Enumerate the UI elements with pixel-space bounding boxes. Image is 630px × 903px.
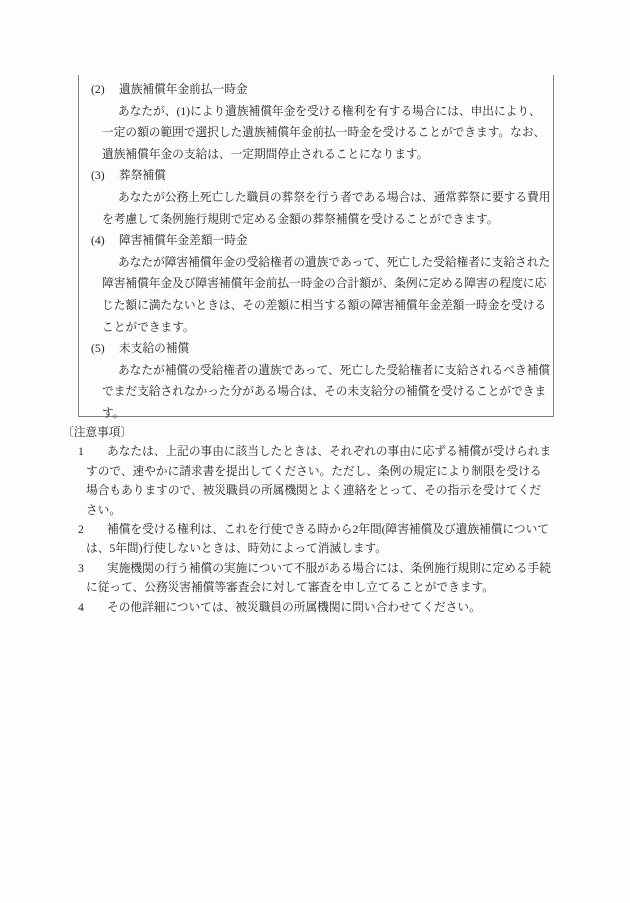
item-text-line: 遺族補償年金の支給は、一定期間停止されることになります。: [79, 144, 553, 166]
item-text-line: あなたが補償の受給権者の遺族であって、死亡した受給権者に支給されるべき補償: [79, 360, 553, 382]
note-item-3: 3実施機関の行う補償の実施について不服がある場合には、条例施行規則に定める手続 …: [0, 559, 630, 598]
note-text: あなたは、上記の事由に該当したときは、それぞれの事由に応ずる補償が受けられま: [107, 445, 551, 458]
note-text: 実施機関の行う補償の実施について不服がある場合には、条例施行規則に定める手続: [107, 562, 551, 575]
item-text-line: あなたが障害補償年金の受給権者の遺族であって、死亡した受給権者に支給された: [79, 252, 553, 274]
item-number: (2): [91, 79, 119, 101]
item-title: 葬祭補償: [119, 169, 166, 182]
item-text-line: あなたが、(1)により遺族補償年金を受ける権利を有する場合には、申出により、: [79, 101, 553, 123]
item-text-line: を考慮して条例施行規則で定める金額の葬祭補償を受けることができます。: [79, 209, 553, 231]
note-first-line: 2補償を受ける権利は、これを行使できる時から2年間(障害補償及び遺族補償について: [0, 520, 630, 539]
notes-heading: 〔注意事項〕: [0, 423, 630, 442]
note-text-line: 場合もありますので、被災職員の所属機関とよく連絡をとって、その指示を受けてくだ: [0, 481, 630, 500]
item-text-line: じた額に満たないときは、その差額に相当する額の障害補償年金差額一時金を受ける: [79, 295, 553, 317]
note-number: 4: [78, 598, 107, 617]
note-first-line: 1あなたは、上記の事由に該当したときは、それぞれの事由に応ずる補償が受けられま: [0, 442, 630, 461]
item-heading: (4)障害補償年金差額一時金: [79, 230, 553, 252]
item-text-line: す。: [79, 403, 553, 425]
note-item-2: 2補償を受ける権利は、これを行使できる時から2年間(障害補償及び遺族補償について…: [0, 520, 630, 559]
notes-section: 〔注意事項〕 1あなたは、上記の事由に該当したときは、それぞれの事由に応ずる補償…: [0, 423, 630, 617]
note-number: 3: [78, 559, 107, 578]
item-text-line: 障害補償年金及び障害補償年金前払一時金の合計額が、条例に定める障害の程度に応: [79, 273, 553, 295]
note-item-1: 1あなたは、上記の事由に該当したときは、それぞれの事由に応ずる補償が受けられま …: [0, 442, 630, 520]
note-number: 2: [78, 520, 107, 539]
note-text-line: さい。: [0, 501, 630, 520]
box-item-5: (5)未支給の補償 あなたが補償の受給権者の遺族であって、死亡した受給権者に支給…: [79, 338, 553, 424]
item-number: (5): [91, 338, 119, 360]
item-number: (3): [91, 165, 119, 187]
note-item-4: 4その他詳細については、被災職員の所属機関に問い合わせてください。: [0, 598, 630, 617]
item-title: 遺族補償年金前払一時金: [119, 83, 248, 96]
note-number: 1: [78, 442, 107, 461]
document-page: (2)遺族補償年金前払一時金 あなたが、(1)により遺族補償年金を受ける権利を有…: [0, 0, 630, 903]
item-title: 未支給の補償: [119, 342, 189, 355]
item-heading: (2)遺族補償年金前払一時金: [79, 79, 553, 101]
note-text-line: は、5年間)行使しないときは、時効によって消滅します。: [0, 539, 630, 558]
note-first-line: 3実施機関の行う補償の実施について不服がある場合には、条例施行規則に定める手続: [0, 559, 630, 578]
item-number: (4): [91, 230, 119, 252]
item-text-line: 一定の額の範囲で選択した遺族補償年金前払一時金を受けることができます。なお、: [79, 122, 553, 144]
note-text: 補償を受ける権利は、これを行使できる時から2年間(障害補償及び遺族補償について: [107, 523, 549, 536]
note-text-line: に従って、公務災害補償等審査会に対して審査を申し立てることができます。: [0, 578, 630, 597]
item-text-line: ことができます。: [79, 317, 553, 339]
note-text-line: すので、速やかに請求書を提出してください。ただし、条例の規定により制限を受ける: [0, 462, 630, 481]
item-heading: (3)葬祭補償: [79, 165, 553, 187]
note-text: その他詳細については、被災職員の所属機関に問い合わせてください。: [107, 601, 481, 614]
item-heading: (5)未支給の補償: [79, 338, 553, 360]
box-item-2: (2)遺族補償年金前払一時金 あなたが、(1)により遺族補償年金を受ける権利を有…: [79, 79, 553, 165]
note-first-line: 4その他詳細については、被災職員の所属機関に問い合わせてください。: [0, 598, 630, 617]
item-text-line: あなたが公務上死亡した職員の葬祭を行う者である場合は、通常葬祭に要する費用: [79, 187, 553, 209]
item-title: 障害補償年金差額一時金: [119, 234, 248, 247]
item-text-line: でまだ支給されなかった分がある場合は、その未支給分の補償を受けることができま: [79, 381, 553, 403]
compensation-items-box: (2)遺族補償年金前払一時金 あなたが、(1)により遺族補償年金を受ける権利を有…: [78, 75, 554, 417]
box-item-3: (3)葬祭補償 あなたが公務上死亡した職員の葬祭を行う者である場合は、通常葬祭に…: [79, 165, 553, 230]
box-item-4: (4)障害補償年金差額一時金 あなたが障害補償年金の受給権者の遺族であって、死亡…: [79, 230, 553, 338]
